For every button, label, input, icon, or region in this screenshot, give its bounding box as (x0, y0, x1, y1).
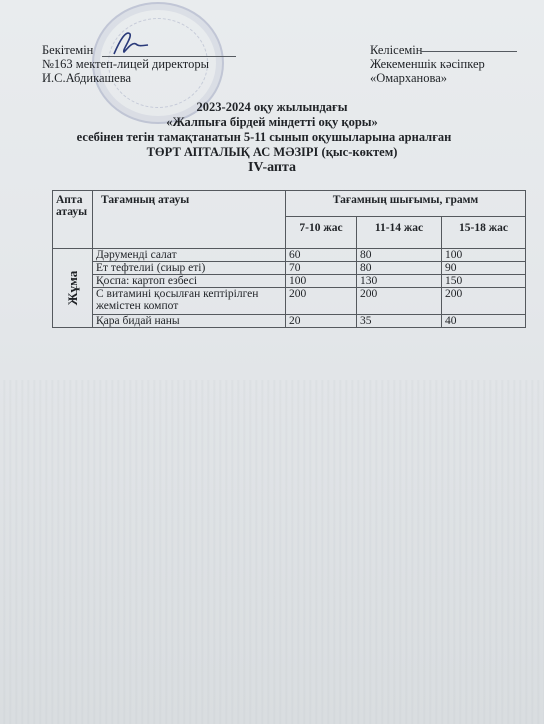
signature-icon (110, 28, 150, 56)
approval-left-position: №163 мектеп-лицей директоры (42, 57, 209, 72)
dish-name: Қоспа: картоп езбесі (93, 275, 286, 288)
approval-right-label: Келісемін (370, 43, 422, 58)
approval-left-name: И.С.Абдикашева (42, 71, 131, 86)
column-header-yield: Тағамның шығымы, грамм (286, 191, 526, 217)
yield-value: 130 (357, 275, 442, 288)
column-header-day: Апта атауы (53, 191, 93, 249)
title-line-4: ТӨРТ АПТАЛЫҚ АС МӘЗІРІ (қыс-көктем) (0, 145, 544, 160)
signature-line-right (421, 51, 517, 52)
table-row: С витамині қосылған кептірілген жемістен… (53, 288, 526, 315)
yield-value: 100 (442, 249, 526, 262)
yield-value: 40 (442, 315, 526, 328)
yield-value: 35 (357, 315, 442, 328)
yield-value: 200 (357, 288, 442, 315)
column-header-age-11-14: 11-14 жас (357, 217, 442, 249)
page-background-texture (0, 380, 544, 724)
table-row: Қара бидай наны 20 35 40 (53, 315, 526, 328)
yield-value: 200 (286, 288, 357, 315)
yield-value: 100 (286, 275, 357, 288)
yield-value: 150 (442, 275, 526, 288)
column-header-age-15-18: 15-18 жас (442, 217, 526, 249)
column-header-age-7-10: 7-10 жас (286, 217, 357, 249)
approval-left-label: Бекітемін (42, 43, 93, 58)
table-row: Жұма Дәруменді салат 60 80 100 (53, 249, 526, 262)
dish-name: Дәруменді салат (93, 249, 286, 262)
menu-table: Апта атауы Тағамның атауы Тағамның шығым… (52, 190, 526, 328)
yield-value: 80 (357, 262, 442, 275)
yield-value: 60 (286, 249, 357, 262)
yield-value: 90 (442, 262, 526, 275)
yield-value: 70 (286, 262, 357, 275)
yield-value: 200 (442, 288, 526, 315)
title-line-3: есебінен тегін тамақтанатын 5-11 сынып о… (0, 130, 536, 145)
day-cell: Жұма (53, 249, 93, 328)
title-line-1: 2023-2024 оқу жылындағы (0, 100, 544, 115)
dish-name: Ет тефтелиі (сиыр еті) (93, 262, 286, 275)
yield-value: 80 (357, 249, 442, 262)
table-row: Қоспа: картоп езбесі 100 130 150 (53, 275, 526, 288)
week-label: IV-апта (0, 160, 544, 175)
column-header-dish: Тағамның атауы (93, 191, 286, 249)
table-row: Ет тефтелиі (сиыр еті) 70 80 90 (53, 262, 526, 275)
approval-right-position: Жекеменшік кәсіпкер (370, 57, 485, 72)
day-label: Жұма (67, 271, 79, 306)
yield-value: 20 (286, 315, 357, 328)
dish-name: Қара бидай наны (93, 315, 286, 328)
dish-name: С витамині қосылған кептірілген жемістен… (93, 288, 286, 315)
title-line-2: «Жалпыға бірдей міндетті оқу қоры» (0, 115, 544, 130)
approval-right-name: «Омарханова» (370, 71, 447, 86)
